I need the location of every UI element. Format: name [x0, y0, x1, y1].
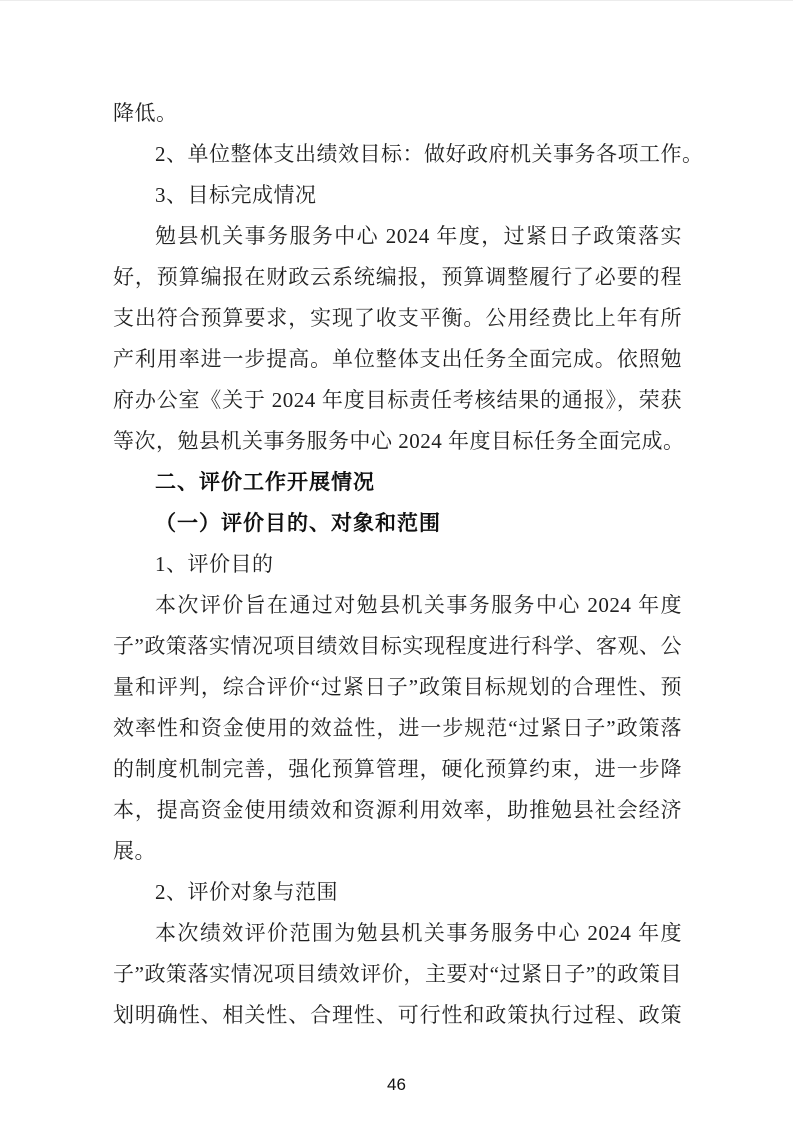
text-line: 本，提高资金使用绩效和资源利用效率，助推勉县社会经济高质量发 — [113, 790, 682, 831]
text-line: 勉县机关事务服务中心 2024 年度，过紧日子政策落实情况比较 — [113, 216, 682, 257]
text-line: 划明确性、相关性、合理性、可行性和政策执行过程、政策执行效果、 — [113, 995, 682, 1036]
text-line: 降低。 — [113, 93, 682, 134]
text-line: 的制度机制完善，强化预算管理，硬化预算约束，进一步降低运行成 — [113, 749, 682, 790]
document-page: 降低。2、单位整体支出绩效目标：做好政府机关事务各项工作。3、目标完成情况勉县机… — [0, 0, 793, 1123]
text-line: 支出符合预算要求，实现了收支平衡。公用经费比上年有所下降，资 — [113, 298, 682, 339]
text-line: 效率性和资金使用的效益性，进一步规范“过紧日子”政策落实情况 — [113, 708, 682, 749]
text-line: 本次评价旨在通过对勉县机关事务服务中心 2024 年度“过紧日 — [113, 585, 682, 626]
page-number: 46 — [387, 1075, 406, 1094]
text-line: 子”政策落实情况项目绩效目标实现程度进行科学、客观、公正的衡 — [113, 626, 682, 667]
text-line: 2、单位整体支出绩效目标：做好政府机关事务各项工作。 — [113, 134, 682, 175]
text-line: 本次绩效评价范围为勉县机关事务服务中心 2024 年度“过紧日 — [113, 913, 682, 954]
page-footer: 46 — [0, 1075, 793, 1095]
text-line: 3、目标完成情况 — [113, 175, 682, 216]
text-line: 子”政策落实情况项目绩效评价，主要对“过紧日子”的政策目标规 — [113, 954, 682, 995]
text-line: 2、评价对象与范围 — [113, 872, 682, 913]
heading-line: （一）评价目的、对象和范围 — [113, 503, 682, 544]
heading-line: 二、评价工作开展情况 — [113, 462, 682, 503]
text-line: 等次，勉县机关事务服务中心 2024 年度目标任务全面完成。 — [113, 421, 682, 462]
document-body: 降低。2、单位整体支出绩效目标：做好政府机关事务各项工作。3、目标完成情况勉县机… — [113, 93, 682, 1036]
text-line: 1、评价目的 — [113, 544, 682, 585]
text-line: 产利用率进一步提高。单位整体支出任务全面完成。依照勉县人民政 — [113, 339, 682, 380]
text-line: 展。 — [113, 831, 682, 872]
text-line: 府办公室《关于 2024 年度目标责任考核结果的通报》，荣获“良好” — [113, 380, 682, 421]
text-line: 好，预算编报在财政云系统编报，预算调整履行了必要的程序，经费 — [113, 257, 682, 298]
text-line: 量和评判，综合评价“过紧日子”政策目标规划的合理性、预算管理 — [113, 667, 682, 708]
